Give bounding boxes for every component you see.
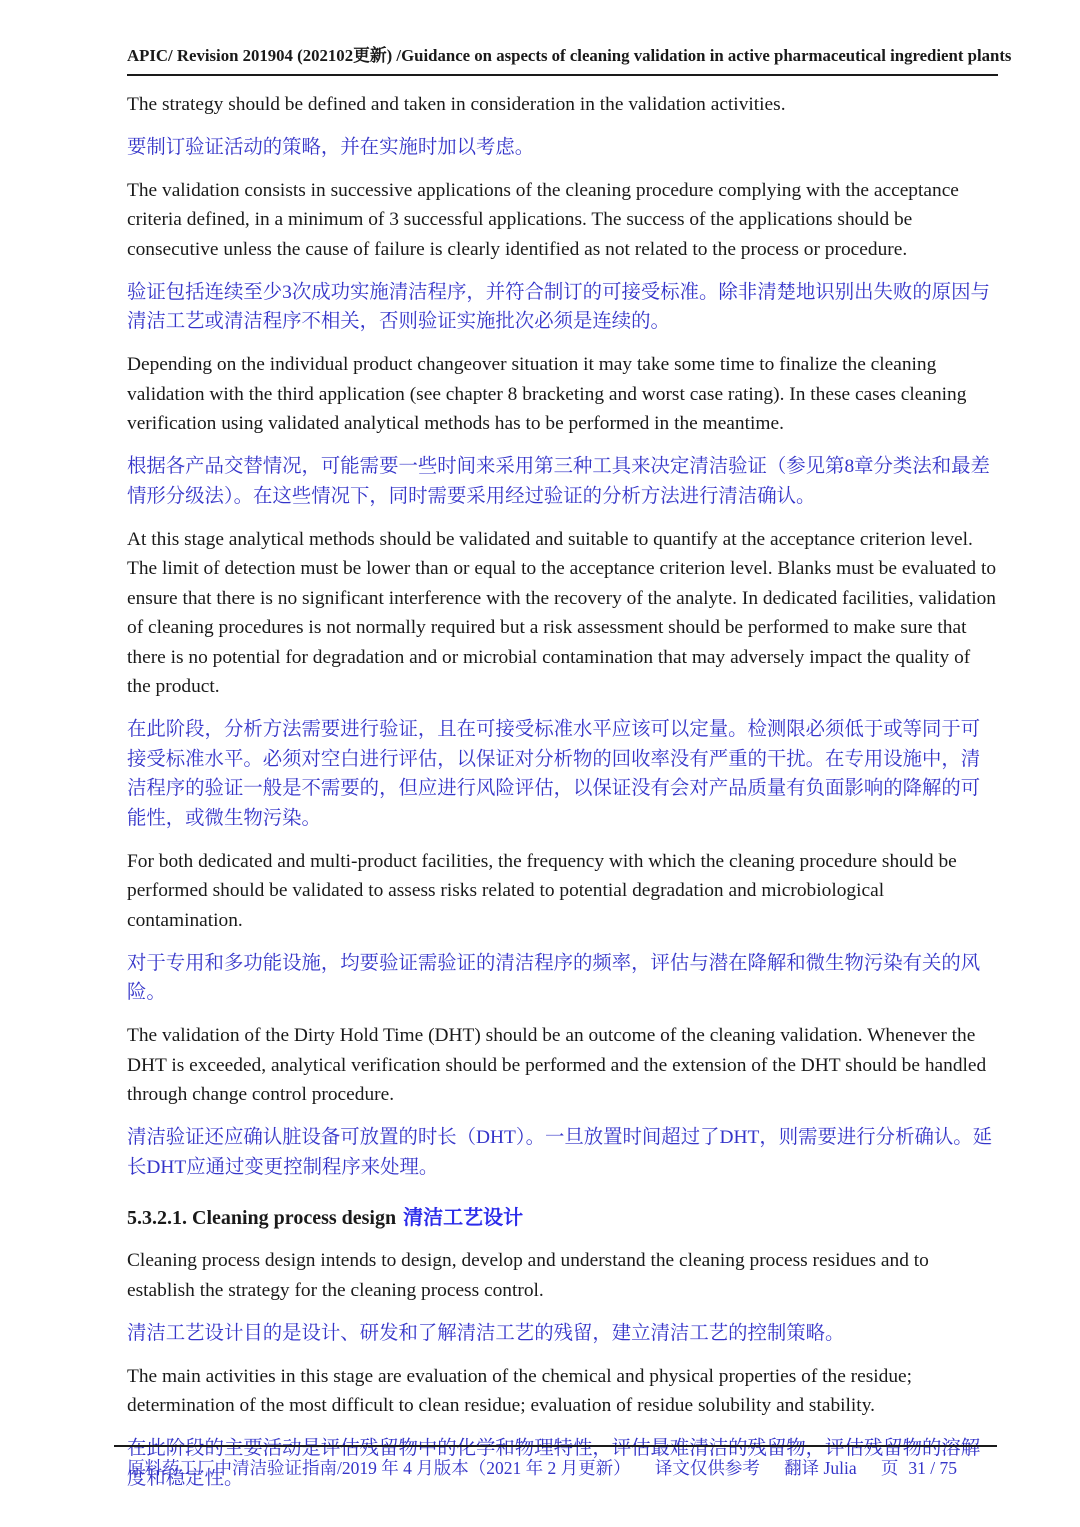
section-heading-title-zh: 清洁工艺设计 [403,1207,523,1229]
paragraph-en: The main activities in this stage are ev… [127,1362,998,1421]
document-page: APIC/ Revision 201904 (202102更新) /Guidan… [0,0,1080,1527]
section-heading: 5.3.2.1. Cleaning process design清洁工艺设计 [127,1204,998,1232]
page-header: APIC/ Revision 201904 (202102更新) /Guidan… [127,44,998,76]
paragraph-en: The strategy should be defined and taken… [127,90,998,120]
paragraph-en: For both dedicated and multi-product fac… [127,847,998,936]
paragraph-en: Depending on the individual product chan… [127,350,998,439]
paragraph-en: The validation consists in successive ap… [127,176,998,265]
paragraph-translation-zh: 验证包括连续至少3次成功实施清洁程序，并符合制订的可接受标准。除非清楚地识别出失… [127,278,998,337]
paragraph-en: Cleaning process design intends to desig… [127,1246,998,1305]
paragraph-translation-zh: 清洁验证还应确认脏设备可放置的时长（DHT）。一旦放置时间超过了DHT，则需要进… [127,1123,998,1182]
paragraph-translation-zh: 对于专用和多功能设施，均要验证需验证的清洁程序的频率，评估与潜在降解和微生物污染… [127,949,998,1008]
footer-page-label: 页 [881,1458,899,1478]
footer-page-value: 31 / 75 [908,1458,957,1478]
footer-translation-note: 译文仅供参考 [655,1456,760,1480]
paragraph-translation-zh: 清洁工艺设计目的是设计、研发和了解清洁工艺的残留，建立清洁工艺的控制策略。 [127,1319,998,1349]
footer-page-number: 页31 / 75 [881,1456,957,1480]
document-body: The strategy should be defined and taken… [127,90,998,1494]
paragraph-translation-zh: 要制订验证活动的策略，并在实施时加以考虑。 [127,133,998,163]
paragraph-en: At this stage analytical methods should … [127,525,998,702]
paragraph-translation-zh: 根据各产品交替情况，可能需要一些时间来采用第三种工具来决定清洁验证（参见第8章分… [127,452,998,511]
paragraph-en: The validation of the Dirty Hold Time (D… [127,1021,998,1110]
footer-translator: 翻译 Julia [784,1456,856,1480]
header-title: APIC/ Revision 201904 (202102更新) /Guidan… [127,46,1011,65]
section-heading-title-en: 5.3.2.1. Cleaning process design [127,1207,396,1229]
paragraph-translation-zh: 在此阶段，分析方法需要进行验证，且在可接受标准水平应该可以定量。检测限必须低于或… [127,715,998,833]
footer-doc-title: 原料药工厂中清洁验证指南/2019 年 4 月版本（2021 年 2 月更新） [127,1456,631,1480]
page-footer: 原料药工厂中清洁验证指南/2019 年 4 月版本（2021 年 2 月更新） … [114,1445,997,1480]
